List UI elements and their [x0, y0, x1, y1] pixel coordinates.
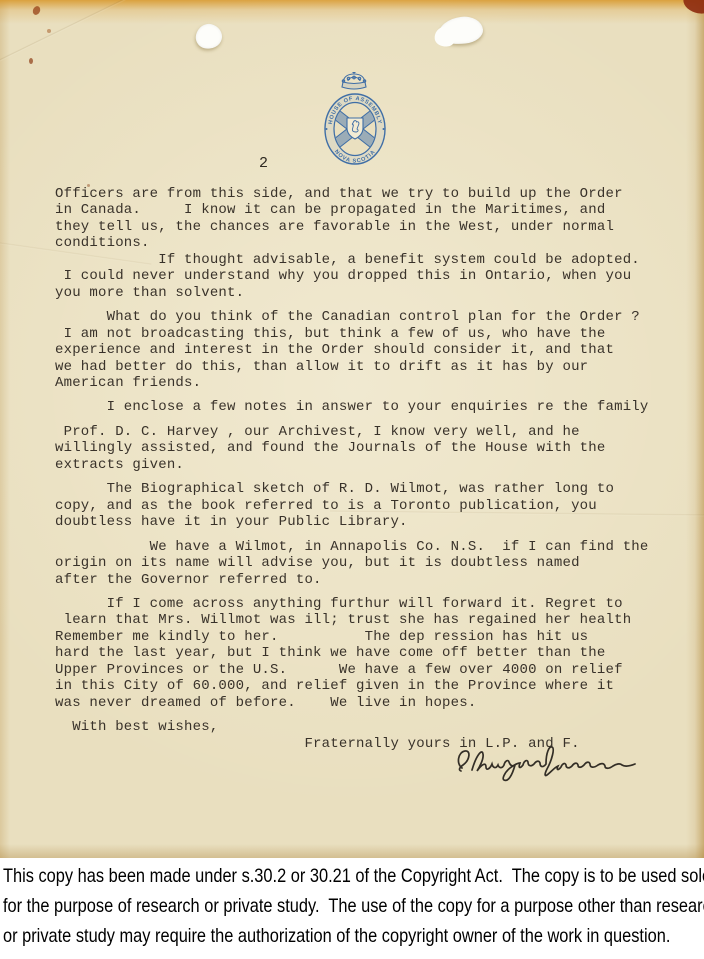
letter-paper: HOUSE OF ASSEMBLY NOVA SCOTIA 2 Officers…	[0, 0, 704, 858]
corner-stain	[681, 0, 704, 17]
letter-paragraph: The Biographical sketch of R. D. Wilmot,…	[55, 481, 670, 530]
paper-stain-spot	[29, 58, 33, 64]
letter-body-text: Officers are from this side, and that we…	[55, 186, 670, 752]
scanned-letter-page: HOUSE OF ASSEMBLY NOVA SCOTIA 2 Officers…	[0, 0, 704, 959]
letter-paragraph: What do you think of the Canadian contro…	[55, 309, 670, 391]
page-number: 2	[259, 155, 268, 172]
letter-paragraph: We have a Wilmot, in Annapolis Co. N.S. …	[55, 539, 670, 588]
copyright-notice-text: This copy has been made under s.30.2 or …	[3, 861, 704, 951]
letter-paragraph: I enclose a few notes in answer to your …	[55, 399, 670, 415]
house-of-assembly-crest-icon: HOUSE OF ASSEMBLY NOVA SCOTIA	[313, 72, 397, 168]
paper-hole-left	[193, 21, 224, 52]
letter-paragraph: Officers are from this side, and that we…	[55, 186, 670, 301]
paper-stain-spot	[31, 5, 41, 16]
letter-paragraph: If I come across anything furthur will f…	[55, 596, 670, 711]
paper-stain-spot	[47, 29, 51, 33]
copyright-notice-band: This copy has been made under s.30.2 or …	[0, 858, 704, 959]
paper-crease	[0, 0, 131, 64]
letter-paragraph: Prof. D. C. Harvey , our Archivest, I kn…	[55, 424, 670, 473]
paper-hole-right	[437, 15, 485, 47]
signature-image: C R nickerson	[452, 738, 652, 786]
